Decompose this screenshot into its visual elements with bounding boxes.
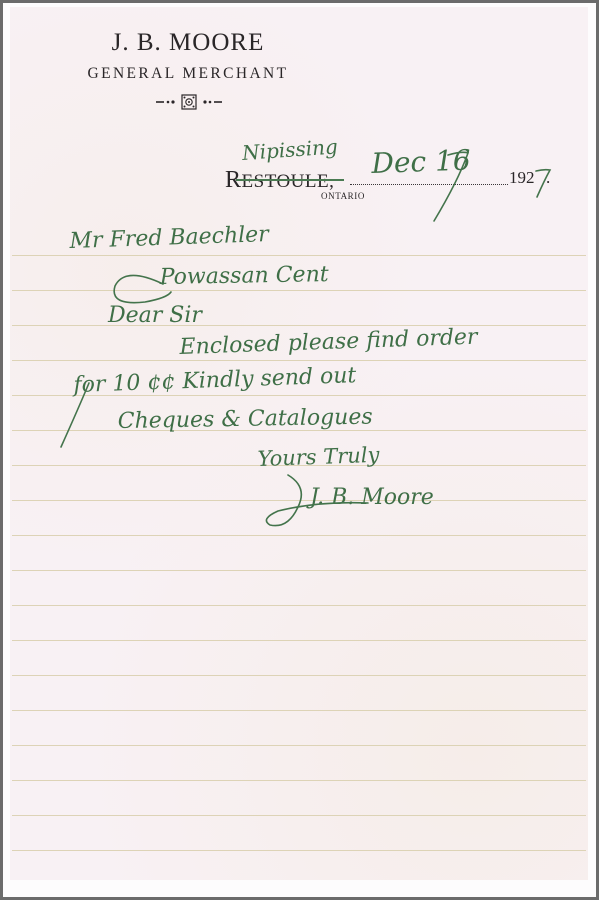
- printed-place-rest: ESTOULE,: [242, 171, 335, 192]
- ruled-line: [12, 850, 586, 851]
- handwritten-year-digit: [532, 167, 554, 201]
- fleuron-ornament-icon: [150, 93, 230, 111]
- ruled-line: [12, 570, 586, 571]
- ruled-line: [12, 815, 586, 816]
- ruled-line: [12, 780, 586, 781]
- body-line-2: for 10 ¢¢ Kindly send out: [73, 363, 357, 398]
- salutation: Dear Sir: [108, 303, 202, 328]
- handwritten-date-flourish: [428, 147, 488, 227]
- ruled-line: [12, 605, 586, 606]
- signature-flourish: [258, 467, 378, 537]
- image-frame: J. B. MOORE GENERAL MERCHANT RESTOULE, 1…: [0, 0, 599, 900]
- ruled-line: [12, 360, 586, 361]
- ruled-line: [12, 290, 586, 291]
- printed-province: ONTARIO: [321, 191, 365, 201]
- letterhead-name: J. B. MOORE: [10, 29, 366, 57]
- ruled-line: [12, 745, 586, 746]
- recipient-name: Mr Fred Baechler: [69, 222, 269, 254]
- place-strikethrough: [236, 179, 344, 181]
- ruled-line: [12, 325, 586, 326]
- ruled-line: [12, 255, 586, 256]
- handwritten-place: Nipissing: [241, 134, 338, 165]
- year-period: .: [546, 168, 550, 188]
- printed-place: RESTOULE,: [225, 167, 334, 194]
- body-line-3: Cheques & Catalogues: [118, 405, 373, 434]
- body-line-1: Enclosed please find order: [179, 325, 478, 360]
- ruled-line: [12, 675, 586, 676]
- letterhead-subtitle: GENERAL MERCHANT: [10, 65, 366, 83]
- body-f-descender: [55, 377, 95, 457]
- printed-year-prefix: 192: [509, 168, 535, 188]
- letter-paper: J. B. MOORE GENERAL MERCHANT RESTOULE, 1…: [10, 7, 588, 880]
- ruled-line: [12, 710, 586, 711]
- ruled-line: [12, 640, 586, 641]
